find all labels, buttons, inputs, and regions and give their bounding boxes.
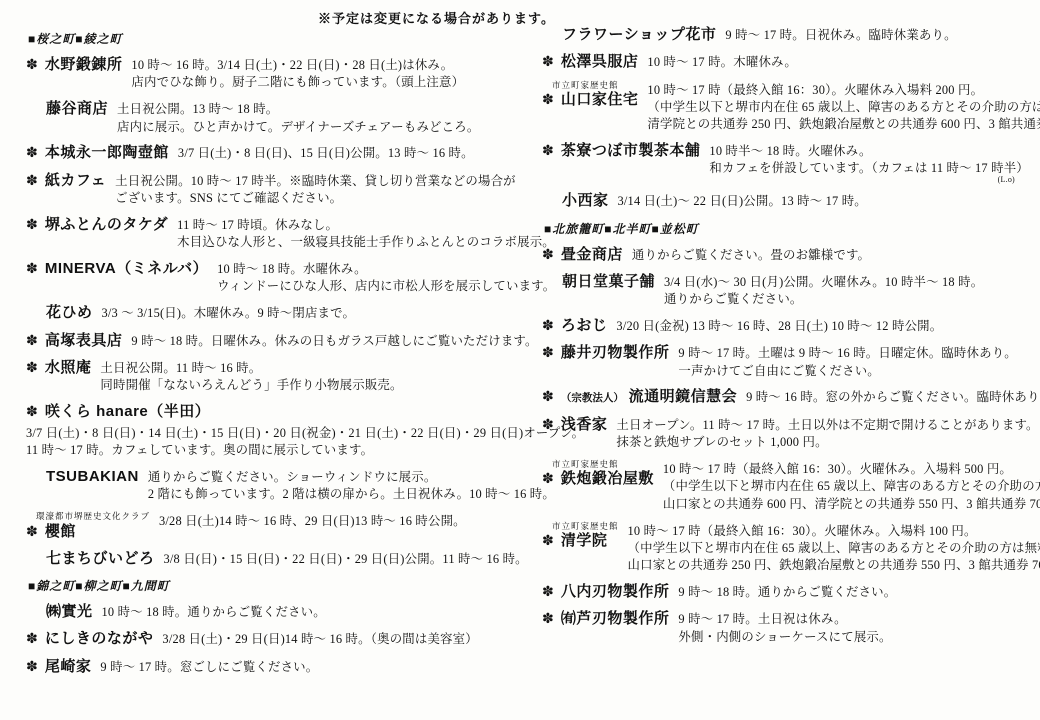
shop-name-line: ✽ 尾崎家 <box>26 658 91 677</box>
shop-name: 茶寮つぼ市製茶本舗 <box>561 142 701 159</box>
shop-name-line: TSUBAKIAN <box>46 468 139 487</box>
shop-name-block: 藤谷商店 <box>46 100 108 119</box>
shop-name-line: ✽ 清学院 <box>542 532 619 551</box>
shop-details: 9 時〜 17 時。窓ごしにご覧ください。 <box>100 658 318 676</box>
flower-asterisk-icon: ✽ <box>26 630 38 646</box>
shop-detail-line: 通りからご覧ください。 <box>664 291 983 308</box>
shop-details: 10 時〜 17 時（最終入館 16：30）。火曜休み入場料 200 円。（中学… <box>647 81 1040 134</box>
shop-detail-line: 一声かけてご自由にご覧ください。 <box>678 363 1016 380</box>
shop-name-line: ✽ MINERVA（ミネルバ） <box>26 260 208 279</box>
shop-detail-line: 和カフェを併設しています。（カフェは 11 時〜 17 時半） <box>709 160 1028 177</box>
shop-details: 10 時〜 16 時。3/14 日(土)・22 日(日)・28 日(土)は休み。… <box>131 56 464 92</box>
shop-name: TSUBAKIAN <box>46 468 139 485</box>
flower-asterisk-icon: ✽ <box>542 91 554 107</box>
shop-name: 紙カフェ <box>45 172 106 189</box>
shop-entry: 朝日堂菓子舗 3/4 日(水)〜 30 日(月)公開。火曜休み。10 時半〜 1… <box>542 273 1040 309</box>
shop-name-block: ✽ 本城永一郎陶壺館 <box>26 144 169 163</box>
shop-name: ㈲芦刃物製作所 <box>561 610 670 627</box>
shop-entry: ✽ 紙カフェ 土日祝公開。10 時〜 17 時半。※臨時休業、貸し切り営業などの… <box>26 172 530 208</box>
shop-name-block: ✽ にしきのながや <box>26 630 153 649</box>
shop-name-block: 七まちびいどろ <box>46 550 155 569</box>
shop-detail-line: 10 時〜 18 時。通りからご覧ください。 <box>102 604 326 621</box>
shop-name: 咲くら hanare（半田） <box>45 403 210 420</box>
shop-details: 土日祝公開。13 時〜 18 時。店内に展示。ひと声かけて。デザイナーズチェアー… <box>117 100 479 136</box>
shop-name-line: ✽ 藤井刃物製作所 <box>542 344 669 363</box>
shop-detail-line: 外側・内側のショーケースにて展示。 <box>678 629 891 646</box>
shop-detail-line: 3/14 日(土)〜 22 日(日)公開。13 時〜 17 時。 <box>618 193 867 210</box>
shop-name-line: ✽ 畳金商店 <box>542 246 623 265</box>
shop-entry: ✽ 浅香家 土日オープン。11 時〜 17 時。土日以外は不定期で開けることがあ… <box>542 416 1040 452</box>
shop-name-line: ✽ 水野鍛錬所 <box>26 56 122 75</box>
shop-detail-line: 10 時〜 17 時（最終入館 16：30）。火曜休み。入場料 100 円。 <box>628 523 1040 540</box>
shop-name-block: ✽ 藤井刃物製作所 <box>542 344 669 363</box>
shop-entry: ✽ 八内刃物製作所 9 時〜 18 時。通りからご覧ください。 <box>542 583 1040 602</box>
shop-details: 3/20 日(金祝) 13 時〜 16 時、28 日(土) 10 時〜 12 時… <box>616 317 942 335</box>
shop-name-block: ✽ 松澤呉服店 <box>542 53 638 72</box>
shop-detail-line: 9 時〜 16 時。窓の外からご覧ください。臨時休あり。 <box>746 389 1040 406</box>
shop-detail-line: ウィンドーにひな人形、店内に市松人形を展示しています。 <box>217 278 555 295</box>
shop-detail-line: 10 時〜 17 時（最終入館 16：30）。火曜休み入場料 200 円。 <box>647 82 1040 99</box>
shop-entry: ✽ 本城永一郎陶壺館 3/7 日(土)・8 日(日)、15 日(日)公開。13 … <box>26 144 530 163</box>
district-section-header: ■錦之町■柳之町■九間町 <box>28 577 530 594</box>
flower-asterisk-icon: ✽ <box>26 56 38 72</box>
shop-detail-line: 3/28 日(土)・29 日(日)14 時〜 16 時。（奥の間は美容室） <box>162 631 477 648</box>
flower-asterisk-icon: ✽ <box>26 403 38 419</box>
shop-name-block: ✽ ろおじ <box>542 317 607 336</box>
shop-details: 3/7 日(土)・8 日(日)・14 日(土)・15 日(日)・20 日(祝金)… <box>26 424 530 460</box>
shop-entry: ✽ 水照庵 土日祝公開。11 時〜 16 時。同時開催「なないろえんどう」手作り… <box>26 359 530 395</box>
shop-entry: 花ひめ 3/3 〜 3/15(日)。木曜休み。9 時〜閉店まで。 <box>26 304 530 323</box>
shop-name: 高塚表具店 <box>45 332 123 349</box>
shop-name: 花ひめ <box>46 304 93 321</box>
shop-detail-line: 土日オープン。11 時〜 17 時。土日以外は不定期で開けることがあります。 <box>616 417 1038 434</box>
shop-name-line: ✽ 櫻館 <box>26 523 150 542</box>
shop-entry: ✽ 茶寮つぼ市製茶本舗 10 時半〜 18 時。火曜休み。和カフェを併設していま… <box>542 142 1040 184</box>
shop-detail-line: 木目込ひな人形と、一級寝具技能士手作りふとんとのコラボ展示。 <box>177 234 555 251</box>
shop-name-line: ㈱實光 <box>46 603 93 622</box>
shop-details: 9 時〜 18 時。通りからご覧ください。 <box>678 583 896 601</box>
shop-detail-line: 店内でひな飾り。厨子二階にも飾っています。（頭上注意） <box>131 74 464 91</box>
flower-asterisk-icon: ✽ <box>542 246 554 262</box>
shop-detail-line: 9 時〜 18 時。日曜休み。休みの日もガラス戸越しにご覧いただけます。 <box>131 333 537 350</box>
flower-asterisk-icon: ✽ <box>542 388 554 404</box>
shop-name-block: ㈱實光 <box>46 603 93 622</box>
shop-name: フラワーショップ花市 <box>562 26 716 43</box>
shop-entry: ㈱實光 10 時〜 18 時。通りからご覧ください。 <box>26 603 530 622</box>
shop-detail-line: 10 時半〜 18 時。火曜休み。 <box>709 143 1028 160</box>
shop-name-line: ✽ 浅香家 <box>542 416 607 435</box>
shop-entry: 七まちびいどろ 3/8 日(日)・15 日(日)・22 日(日)・29 日(日)… <box>26 550 530 569</box>
shop-name: 七まちびいどろ <box>46 550 155 567</box>
shop-entry: フラワーショップ花市 9 時〜 17 時。日祝休み。臨時休業あり。 <box>542 26 1040 45</box>
schedule-change-note: ※予定は変更になる場合があります。 <box>318 8 555 27</box>
shop-name-block: 市立町家歴史館 ✽ 山口家住宅 <box>542 81 638 110</box>
shop-name: 櫻館 <box>45 523 76 540</box>
shop-detail-line: 3/20 日(金祝) 13 時〜 16 時、28 日(土) 10 時〜 12 時… <box>616 318 942 335</box>
shop-detail-line: 山口家との共通券 250 円、鉄炮鍛冶屋敷との共通券 550 円、3 館共通券 … <box>628 557 1040 574</box>
shop-details: 土日祝公開。11 時〜 16 時。同時開催「なないろえんどう」手作り小物展示販売… <box>100 359 402 395</box>
shop-details: 3/4 日(水)〜 30 日(月)公開。火曜休み。10 時半〜 18 時。通りか… <box>664 273 983 309</box>
shop-name: 八内刃物製作所 <box>561 583 670 600</box>
shop-details: 9 時〜 17 時。土日祝は休み。外側・内側のショーケースにて展示。 <box>678 610 891 646</box>
shop-entry: ✽ ろおじ 3/20 日(金祝) 13 時〜 16 時、28 日(土) 10 時… <box>542 317 1040 336</box>
shop-name-line: ✽ 八内刃物製作所 <box>542 583 669 602</box>
shop-name-block: 朝日堂菓子舗 <box>562 273 655 292</box>
shop-detail-line: 土日祝公開。11 時〜 16 時。 <box>100 360 402 377</box>
left-column: ■桜之町■綾之町 ✽ 水野鍛錬所 10 時〜 16 時。3/14 日(土)・22… <box>26 26 530 685</box>
shop-name-line: ✽ 鉄炮鍛冶屋敷 <box>542 470 654 489</box>
shop-entry: ✽ 藤井刃物製作所 9 時〜 17 時。土曜は 9 時〜 16 時。日曜定休。臨… <box>542 344 1040 380</box>
shop-name-line: ✽ ろおじ <box>542 317 607 336</box>
shop-name-block: ✽ 紙カフェ <box>26 172 106 191</box>
shop-name: 堺ふとんのタケダ <box>45 216 168 233</box>
shop-name-line: ✽ ㈲芦刃物製作所 <box>542 610 669 629</box>
shop-name-block: 市立町家歴史館 ✽ 鉄炮鍛冶屋敷 <box>542 460 654 489</box>
flower-asterisk-icon: ✽ <box>542 610 554 626</box>
shop-detail-line: 3/8 日(日)・15 日(日)・22 日(日)・29 日(日)公開。11 時〜… <box>164 551 528 568</box>
shop-name-line: ✽ 本城永一郎陶壺館 <box>26 144 169 163</box>
flower-asterisk-icon: ✽ <box>26 658 38 674</box>
shop-details: 通りからご覧ください。畳のお雛様です。 <box>632 246 870 264</box>
shop-detail-line: 3/3 〜 3/15(日)。木曜休み。9 時〜閉店まで。 <box>102 305 356 322</box>
shop-details: 9 時〜 18 時。日曜休み。休みの日もガラス戸越しにご覧いただけます。 <box>131 332 537 350</box>
shop-entry: ✽ 畳金商店 通りからご覧ください。畳のお雛様です。 <box>542 246 1040 265</box>
shop-entry: ✽ ㈲芦刃物製作所 9 時〜 17 時。土日祝は休み。外側・内側のショーケースに… <box>542 610 1040 646</box>
shop-name: 水照庵 <box>45 359 92 376</box>
shop-name-line: ✽ 紙カフェ <box>26 172 106 191</box>
flower-asterisk-icon: ✽ <box>542 344 554 360</box>
shop-name-line: 七まちびいどろ <box>46 550 155 569</box>
shop-entry: ✽ にしきのながや 3/28 日(土)・29 日(日)14 時〜 16 時。（奥… <box>26 630 530 649</box>
shop-name: 鉄炮鍛冶屋敷 <box>561 470 654 487</box>
shop-details: 10 時〜 18 時。水曜休み。ウィンドーにひな人形、店内に市松人形を展示してい… <box>217 260 555 296</box>
shop-details: 土日祝公開。10 時〜 17 時半。※臨時休業、貸し切り営業などの場合がございま… <box>115 172 516 208</box>
flower-asterisk-icon: ✽ <box>26 359 38 375</box>
shop-entry: 小西家 3/14 日(土)〜 22 日(日)公開。13 時〜 17 時。 <box>542 192 1040 211</box>
shop-name-line: 花ひめ <box>46 304 93 323</box>
shop-entry: 環濠都市堺歴史文化クラブ ✽ 櫻館 3/28 日(土)14 時〜 16 時、29… <box>26 512 530 541</box>
shop-detail-line: （中学生以下と堺市内在住 65 歳以上、障害のある方とその介助の方は無料） <box>663 478 1040 495</box>
shop-entry: ✽ 松澤呉服店 10 時〜 17 時。木曜休み。 <box>542 53 1040 72</box>
shop-name-block: TSUBAKIAN <box>46 468 139 487</box>
shop-name-line: ✽ 高塚表具店 <box>26 332 122 351</box>
shop-name-line: ✽ 咲くら hanare（半田） <box>26 403 530 422</box>
shop-details: 9 時〜 17 時。日祝休み。臨時休業あり。 <box>725 26 956 44</box>
shop-detail-line: 清学院との共通券 250 円、鉄炮鍛冶屋敷との共通券 600 円、3 館共通券 … <box>647 116 1040 133</box>
shop-detail-line: 11 時〜 17 時頃。休みなし。 <box>177 217 555 234</box>
shop-category-label: 市立町家歴史館 <box>552 81 638 90</box>
shop-detail-line: ございます。SNS にてご確認ください。 <box>115 190 516 207</box>
flower-asterisk-icon: ✽ <box>26 144 38 160</box>
shop-detail-line: 10 時〜 16 時。3/14 日(土)・22 日(日)・28 日(土)は休み。 <box>131 57 464 74</box>
right-column: フラワーショップ花市 9 時〜 17 時。日祝休み。臨時休業あり。 ✽ 松澤呉服… <box>542 26 1040 685</box>
shop-details: 3/14 日(土)〜 22 日(日)公開。13 時〜 17 時。 <box>618 192 867 210</box>
shop-name-line: ✽ 茶寮つぼ市製茶本舗 <box>542 142 700 161</box>
flower-asterisk-icon: ✽ <box>26 172 38 188</box>
shop-details: 3/28 日(土)14 時〜 16 時、29 日(日)13 時〜 16 時公開。 <box>159 512 466 530</box>
shop-name: 小西家 <box>562 192 609 209</box>
shop-detail-line: 9 時〜 17 時。日祝休み。臨時休業あり。 <box>725 27 956 44</box>
shop-name-line: ✽ にしきのながや <box>26 630 153 649</box>
shop-details: 10 時〜 17 時。木曜休み。 <box>647 53 797 71</box>
shop-name-block: ✽ 咲くら hanare（半田） <box>26 403 530 422</box>
shop-name-line: ✽ 松澤呉服店 <box>542 53 638 72</box>
shop-name: 藤谷商店 <box>46 100 108 117</box>
shop-category-label: 市立町家歴史館 <box>552 522 619 531</box>
flower-asterisk-icon: ✽ <box>542 53 554 69</box>
shop-name-block: ✽ 水照庵 <box>26 359 91 378</box>
shop-name: 水野鍛錬所 <box>45 56 123 73</box>
shop-entry: 市立町家歴史館 ✽ 鉄炮鍛冶屋敷 10 時〜 17 時（最終入館 16：30）。… <box>542 460 1040 513</box>
shop-detail-line: 2 階にも飾っています。2 階は横の扉から。土日祝休み。10 時〜 16 時。 <box>148 486 555 503</box>
shop-detail-line: （中学生以下と堺市内在住 65 歳以上、障害のある方とその介助の方は無料） <box>647 99 1040 116</box>
shop-detail-line: 9 時〜 17 時。土日祝は休み。 <box>678 611 891 628</box>
flower-asterisk-icon: ✽ <box>542 532 554 548</box>
shop-name-block: ✽ 高塚表具店 <box>26 332 122 351</box>
shop-detail-line: 土日祝公開。10 時〜 17 時半。※臨時休業、貸し切り営業などの場合が <box>115 173 516 190</box>
shop-entry: 藤谷商店 土日祝公開。13 時〜 18 時。店内に展示。ひと声かけて。デザイナー… <box>26 100 530 136</box>
flower-asterisk-icon: ✽ <box>542 142 554 158</box>
shop-name-block: ✽ 八内刃物製作所 <box>542 583 669 602</box>
shop-entry: 市立町家歴史館 ✽ 清学院 10 時〜 17 時（最終入館 16：30）。火曜休… <box>542 522 1040 575</box>
shop-name-block: ✽ MINERVA（ミネルバ） <box>26 260 208 279</box>
flower-asterisk-icon: ✽ <box>542 317 554 333</box>
shop-name: MINERVA（ミネルバ） <box>45 260 208 277</box>
shop-name: 山口家住宅 <box>561 91 639 108</box>
shop-detail-line: 9 時〜 17 時。土曜は 9 時〜 16 時。日曜定休。臨時休あり。 <box>678 345 1016 362</box>
shop-name: 浅香家 <box>561 416 608 433</box>
shop-name: 流通明鏡信慧会 <box>629 388 738 405</box>
flower-asterisk-icon: ✽ <box>26 216 38 232</box>
shop-details: 通りからご覧ください。ショーウィンドウに展示。2 階にも飾っています。2 階は横… <box>148 468 555 504</box>
district-section-header: ■桜之町■綾之町 <box>28 30 530 47</box>
shop-details: 10 時〜 17 時（最終入館 16：30）。火曜休み。入場料 500 円。（中… <box>663 460 1040 513</box>
shop-detail-line: 9 時〜 17 時。窓ごしにご覧ください。 <box>100 659 318 676</box>
shop-detail-line: 土日祝公開。13 時〜 18 時。 <box>117 101 479 118</box>
flower-asterisk-icon: ✽ <box>26 260 38 276</box>
shop-name-line: 朝日堂菓子舗 <box>562 273 655 292</box>
shop-category-label: 環濠都市堺歴史文化クラブ <box>36 512 150 521</box>
shop-detail-line: 山口家との共通券 600 円、清学院との共通券 550 円、3 館共通券 700… <box>663 496 1040 513</box>
shop-detail-line: 10 時〜 17 時。木曜休み。 <box>647 54 797 71</box>
shop-details: 3/3 〜 3/15(日)。木曜休み。9 時〜閉店まで。 <box>102 304 356 322</box>
district-section-header: ■北旅籠町■北半町■並松町 <box>544 220 1040 237</box>
shop-entry: ✽ MINERVA（ミネルバ） 10 時〜 18 時。水曜休み。ウィンドーにひな… <box>26 260 530 296</box>
shop-details: 11 時〜 17 時頃。休みなし。木目込ひな人形と、一級寝具技能士手作りふとんと… <box>177 216 555 252</box>
shop-name: 藤井刃物製作所 <box>561 344 670 361</box>
shop-category-label: 市立町家歴史館 <box>552 460 654 469</box>
shop-detail-line: 10 時〜 17 時（最終入館 16：30）。火曜休み。入場料 500 円。 <box>663 461 1040 478</box>
shop-name: ろおじ <box>561 317 608 334</box>
shop-name-block: ✽ 堺ふとんのタケダ <box>26 216 168 235</box>
shop-name-line: ✽ 山口家住宅 <box>542 91 638 110</box>
shop-detail-line: 通りからご覧ください。ショーウィンドウに展示。 <box>148 469 555 486</box>
shop-entry: ✽ 尾崎家 9 時〜 17 時。窓ごしにご覧ください。 <box>26 658 530 677</box>
shop-name-block: ✽ 尾崎家 <box>26 658 91 677</box>
shop-detail-line: 3/4 日(水)〜 30 日(月)公開。火曜休み。10 時半〜 18 時。 <box>664 274 983 291</box>
flower-asterisk-icon: ✽ <box>26 332 38 348</box>
shop-detail-line: 3/7 日(土)・8 日(日)、15 日(日)公開。13 時〜 16 時。 <box>178 145 474 162</box>
shop-detail-line: 11 時〜 17 時。カフェしています。奥の間に展示しています。 <box>26 442 530 459</box>
shop-name: ㈱實光 <box>46 603 93 620</box>
shop-entry: 市立町家歴史館 ✽ 山口家住宅 10 時〜 17 時（最終入館 16：30）。火… <box>542 81 1040 134</box>
shop-entry: ✽ 高塚表具店 9 時〜 18 時。日曜休み。休みの日もガラス戸越しにご覧いただ… <box>26 332 530 351</box>
shop-name-line: フラワーショップ花市 <box>562 26 716 45</box>
shop-detail-line: 抹茶と鉄炮サブレのセット 1,000 円。 <box>616 434 1038 451</box>
shop-name-line: ✽ 堺ふとんのタケダ <box>26 216 168 235</box>
shop-name-block: 環濠都市堺歴史文化クラブ ✽ 櫻館 <box>26 512 150 541</box>
shop-detail-line: 10 時〜 18 時。水曜休み。 <box>217 261 555 278</box>
shop-details: 3/7 日(土)・8 日(日)、15 日(日)公開。13 時〜 16 時。 <box>178 144 474 162</box>
shop-entry: ✽ （宗教法人） 流通明鏡信慧会 9 時〜 16 時。窓の外からご覧ください。臨… <box>542 388 1040 407</box>
shop-entry: ✽ 咲くら hanare（半田） 3/7 日(土)・8 日(日)・14 日(土)… <box>26 403 530 459</box>
shop-name-prefix: （宗教法人） <box>561 392 624 404</box>
shop-details: 3/28 日(土)・29 日(日)14 時〜 16 時。（奥の間は美容室） <box>162 630 477 648</box>
shop-name: 畳金商店 <box>561 246 623 263</box>
shop-name: 清学院 <box>561 532 608 549</box>
shop-details: 10 時〜 17 時（最終入館 16：30）。火曜休み。入場料 100 円。（中… <box>628 522 1040 575</box>
flower-asterisk-icon: ✽ <box>26 523 38 539</box>
shop-detail-line: 3/7 日(土)・8 日(日)・14 日(土)・15 日(日)・20 日(祝金)… <box>26 425 530 442</box>
flyer-body: ■桜之町■綾之町 ✽ 水野鍛錬所 10 時〜 16 時。3/14 日(土)・22… <box>0 0 1040 685</box>
shop-detail-line: 3/28 日(土)14 時〜 16 時、29 日(日)13 時〜 16 時公開。 <box>159 513 466 530</box>
shop-name: 松澤呉服店 <box>561 53 639 70</box>
shop-name-block: ✽ 浅香家 <box>542 416 607 435</box>
flower-asterisk-icon: ✽ <box>542 416 554 432</box>
shop-name-line: 藤谷商店 <box>46 100 108 119</box>
shop-name-line: 小西家 <box>562 192 609 211</box>
shop-name-block: ✽ （宗教法人） 流通明鏡信慧会 <box>542 388 737 407</box>
shop-entry: ✽ 水野鍛錬所 10 時〜 16 時。3/14 日(土)・22 日(日)・28 … <box>26 56 530 92</box>
flower-asterisk-icon: ✽ <box>542 470 554 486</box>
shop-detail-line: 通りからご覧ください。畳のお雛様です。 <box>632 247 870 264</box>
shop-details: 10 時半〜 18 時。火曜休み。和カフェを併設しています。（カフェは 11 時… <box>709 142 1028 184</box>
shop-name: 尾崎家 <box>45 658 92 675</box>
shop-details: 3/8 日(日)・15 日(日)・22 日(日)・29 日(日)公開。11 時〜… <box>164 550 528 568</box>
shop-name-block: フラワーショップ花市 <box>562 26 716 45</box>
shop-name-block: ✽ 水野鍛錬所 <box>26 56 122 75</box>
flower-asterisk-icon: ✽ <box>542 583 554 599</box>
shop-entry: TSUBAKIAN 通りからご覧ください。ショーウィンドウに展示。2 階にも飾っ… <box>26 468 530 504</box>
shop-name-block: ✽ 畳金商店 <box>542 246 623 265</box>
shop-name-block: 小西家 <box>562 192 609 211</box>
shop-name: にしきのながや <box>45 630 154 647</box>
shop-name-block: ✽ ㈲芦刃物製作所 <box>542 610 669 629</box>
shop-details: 9 時〜 17 時。土曜は 9 時〜 16 時。日曜定休。臨時休あり。一声かけて… <box>678 344 1016 380</box>
shop-detail-line: 店内に展示。ひと声かけて。デザイナーズチェアーもみどころ。 <box>117 119 479 136</box>
shop-name-block: ✽ 茶寮つぼ市製茶本舗 <box>542 142 700 161</box>
shop-detail-line: 同時開催「なないろえんどう」手作り小物展示販売。 <box>100 377 402 394</box>
shop-name-block: 花ひめ <box>46 304 93 323</box>
shop-name: 本城永一郎陶壺館 <box>45 144 169 161</box>
shop-details: 10 時〜 18 時。通りからご覧ください。 <box>102 603 326 621</box>
shop-name-line: ✽ 水照庵 <box>26 359 91 378</box>
shop-name-block: 市立町家歴史館 ✽ 清学院 <box>542 522 619 551</box>
shop-name: 朝日堂菓子舗 <box>562 273 655 290</box>
shop-detail-line: 9 時〜 18 時。通りからご覧ください。 <box>678 584 896 601</box>
shop-details: 土日オープン。11 時〜 17 時。土日以外は不定期で開けることがあります。抹茶… <box>616 416 1038 452</box>
shop-details: 9 時〜 16 時。窓の外からご覧ください。臨時休あり。 <box>746 388 1040 406</box>
shop-detail-line: （中学生以下と堺市内在住 65 歳以上、障害のある方とその介助の方は無料） <box>628 540 1040 557</box>
shop-name-line: ✽ （宗教法人） 流通明鏡信慧会 <box>542 388 737 407</box>
shop-entry: ✽ 堺ふとんのタケダ 11 時〜 17 時頃。休みなし。木目込ひな人形と、一級寝… <box>26 216 530 252</box>
